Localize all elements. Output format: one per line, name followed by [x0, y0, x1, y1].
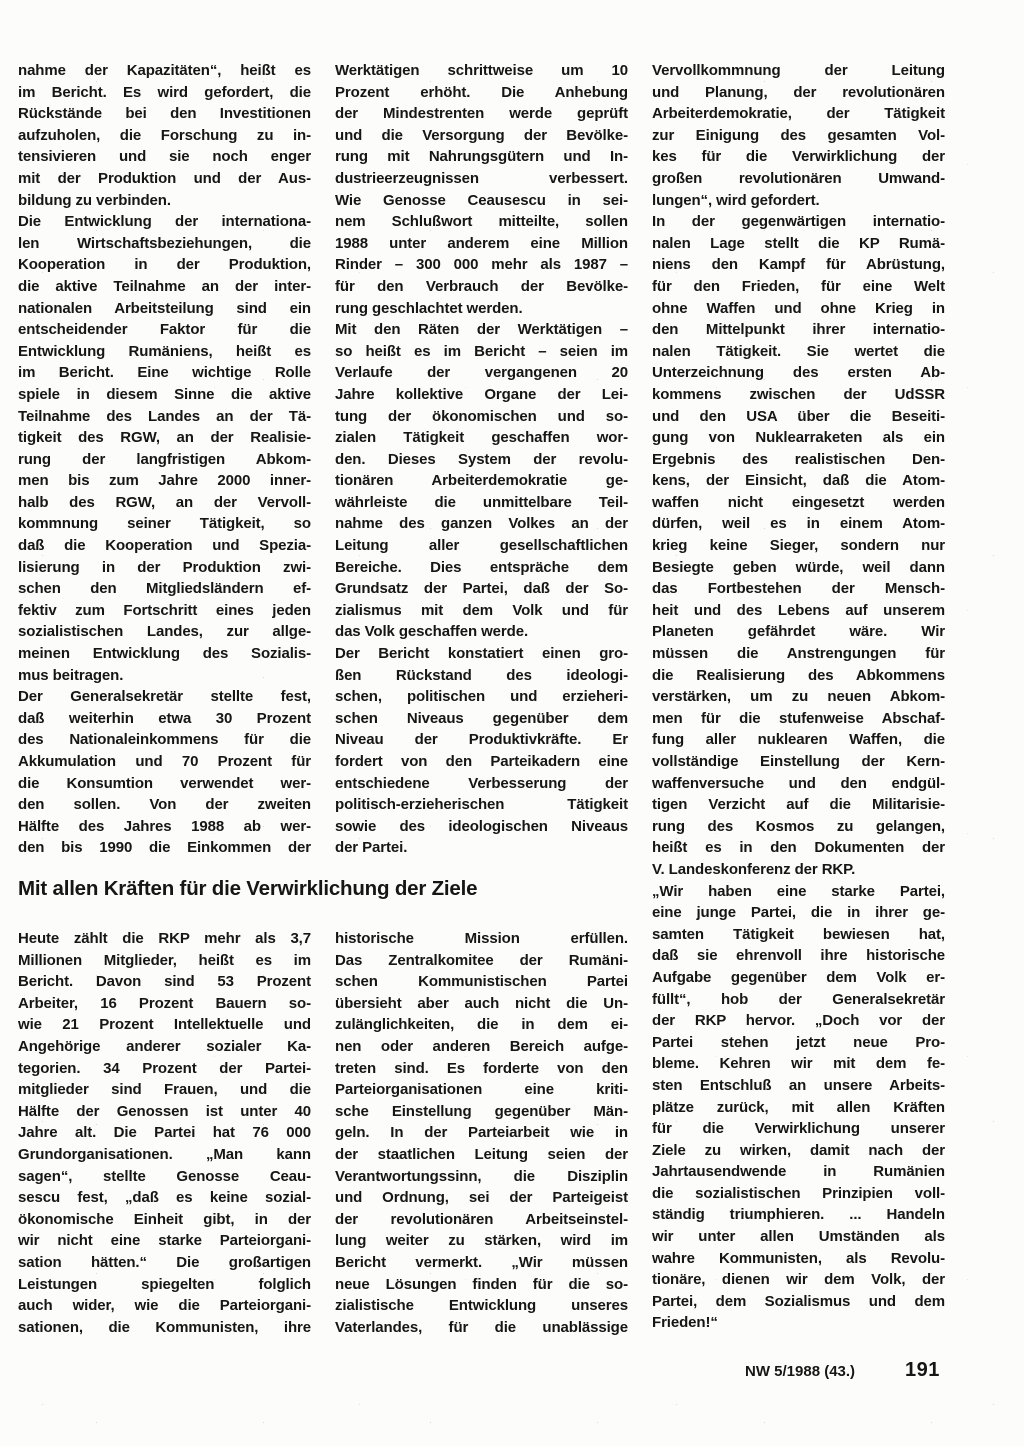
- text-line: historische Mission erfüllen.: [335, 928, 628, 950]
- text-line: der Partei.: [335, 837, 628, 859]
- text-line: Wie Genosse Ceausescu in sei-: [335, 190, 628, 212]
- text-line: so heißt es im Bericht – seien im: [335, 341, 628, 363]
- text-line: für die Verwirklichung unserer: [652, 1118, 945, 1140]
- text-line: Arbeiterdemokratie, der Tätigkeit: [652, 103, 945, 125]
- text-line: zialen Tätigkeit geschaffen wor-: [335, 427, 628, 449]
- text-line: treten sind. Es forderte von den: [335, 1058, 628, 1080]
- text-line: kommnung seiner Tätigkeit, so: [18, 513, 311, 535]
- text-line: füllt“, hob der Generalsekretär: [652, 989, 945, 1011]
- text-line: sowie des ideologischen Niveaus: [335, 816, 628, 838]
- text-line: wahre Kommunisten, als Revolu-: [652, 1248, 945, 1270]
- text-line: die Konsumtion verwendet wer-: [18, 773, 311, 795]
- text-line: neue Lösungen finden für die so-: [335, 1274, 628, 1296]
- text-line: samten Tätigkeit bewiesen hat,: [652, 924, 945, 946]
- text-line: schen, politischen und erzieheri-: [335, 686, 628, 708]
- text-line: schen Niveaus gegenüber dem: [335, 708, 628, 730]
- text-line: men bis zum Jahre 2000 inner-: [18, 470, 311, 492]
- text-line: tung der ökonomischen und so-: [335, 406, 628, 428]
- text-line: tionären Arbeiterdemokratie ge-: [335, 470, 628, 492]
- text-line: Rinder – 300 000 mehr als 1987 –: [335, 254, 628, 276]
- page-number: 191: [905, 1359, 940, 1382]
- text-line: Grundorganisationen. „Man kann: [18, 1144, 311, 1166]
- text-line: tegorien. 34 Prozent der Partei-: [18, 1058, 311, 1080]
- text-line: ohne Waffen und ohne Krieg in: [652, 298, 945, 320]
- text-line: 1988 unter anderem eine Million: [335, 233, 628, 255]
- text-line: Aufgabe gegenüber dem Volk er-: [652, 967, 945, 989]
- text-line: tigkeit des RGW, an der Realisie-: [18, 427, 311, 449]
- text-line: heißt es in den Dokumenten der: [652, 837, 945, 859]
- text-line: men für die stufenweise Abschaf-: [652, 708, 945, 730]
- text-line: Heute zählt die RKP mehr als 3,7: [18, 928, 311, 950]
- text-line: nalen Tätigkeit. Sie wertet die: [652, 341, 945, 363]
- text-line: die Realisierung des Abkommens: [652, 665, 945, 687]
- text-line: kes für die Verwirklichung der: [652, 146, 945, 168]
- text-line: sche Einstellung gegenüber Män-: [335, 1101, 628, 1123]
- text-line: dürfen, weil es in einem Atom-: [652, 513, 945, 535]
- text-line: tensivieren und sie noch enger: [18, 146, 311, 168]
- text-line: den sollen. Von der zweiten: [18, 794, 311, 816]
- text-line: tigen Verzicht auf die Militarisie-: [652, 794, 945, 816]
- text-line: gung von Nuklearraketen als ein: [652, 427, 945, 449]
- text-line: Jahre alt. Die Partei hat 76 000: [18, 1122, 311, 1144]
- text-line: Werktätigen schrittweise um 10: [335, 60, 628, 82]
- text-line: und die Versorgung der Bevölke-: [335, 125, 628, 147]
- text-line: und den USA über die Beseiti-: [652, 406, 945, 428]
- text-line: V. Landeskonferenz der RKP.: [652, 859, 945, 881]
- text-line: Teilnahme des Landes an der Tä-: [18, 406, 311, 428]
- text-line: ßen Rückstand des ideologi-: [335, 665, 628, 687]
- text-line: kommens zwischen der UdSSR: [652, 384, 945, 406]
- text-line: len Wirtschaftsbeziehungen, die: [18, 233, 311, 255]
- text-line: Ergebnis des realistischen Den-: [652, 449, 945, 471]
- text-line: Vaterlandes, für die unablässige: [335, 1317, 628, 1339]
- text-line: eine junge Partei, die in ihrer ge-: [652, 902, 945, 924]
- text-line: sation hätten.“ Die großartigen: [18, 1252, 311, 1274]
- text-line: lisierung in der Produktion zwi-: [18, 557, 311, 579]
- text-line: Partei stehen jetzt neue Pro-: [652, 1032, 945, 1054]
- text-line: Akkumulation und 70 Prozent für: [18, 751, 311, 773]
- text-line: Ziele zu wirken, damit nach der: [652, 1140, 945, 1162]
- text-line: fordert von den Parteikadern eine: [335, 751, 628, 773]
- text-line: halb des RGW, an der Vervoll-: [18, 492, 311, 514]
- text-line: rung geschlachtet werden.: [335, 298, 628, 320]
- text-line: Jahre kollektive Organe der Lei-: [335, 384, 628, 406]
- text-line: daß die Kooperation und Spezia-: [18, 535, 311, 557]
- text-line: Vervollkommnung der Leitung: [652, 60, 945, 82]
- text-line: nahme der Kapazitäten“, heißt es: [18, 60, 311, 82]
- text-line: der Mindestrenten werde geprüft: [335, 103, 628, 125]
- text-line: die sozialistischen Prinzipien voll-: [652, 1183, 945, 1205]
- text-line: wir unter allen Umständen als: [652, 1226, 945, 1248]
- text-line: heit und des Lebens auf unserem: [652, 600, 945, 622]
- text-line: Die Entwicklung der internationa-: [18, 211, 311, 233]
- text-line: großen revolutionären Umwand-: [652, 168, 945, 190]
- text-line: fektiv zum Fortschritt eines jeden: [18, 600, 311, 622]
- text-line: politisch-erzieherischen Tätigkeit: [335, 794, 628, 816]
- text-line: lungen“, wird gefordert.: [652, 190, 945, 212]
- text-line: müssen die Anstrengungen für: [652, 643, 945, 665]
- text-line: für den Verbrauch der Bevölke-: [335, 276, 628, 298]
- text-line: daß sie ehrenvoll ihre historische: [652, 945, 945, 967]
- text-line: daß weiterhin etwa 30 Prozent: [18, 708, 311, 730]
- text-line: Verlaufe der vergangenen 20: [335, 362, 628, 384]
- text-line: nationalen Arbeitsteilung sind ein: [18, 298, 311, 320]
- section-heading: Mit allen Kräften für die Verwirklichung…: [18, 876, 628, 902]
- text-line: währleiste die unmittelbare Teil-: [335, 492, 628, 514]
- text-line: Partei, dem Sozialismus und dem: [652, 1291, 945, 1313]
- text-line: bleme. Kehren wir mit dem fe-: [652, 1053, 945, 1075]
- article-column-top-left: nahme der Kapazitäten“, heißt esim Beric…: [18, 60, 311, 859]
- text-line: sozialistischen Landes, zur allge-: [18, 621, 311, 643]
- text-line: übersieht aber auch nicht die Un-: [335, 993, 628, 1015]
- text-line: Prozent erhöht. Die Anhebung: [335, 82, 628, 104]
- text-line: zialismus mit dem Volk und für: [335, 600, 628, 622]
- text-line: Millionen Mitglieder, heißt es im: [18, 950, 311, 972]
- text-line: Das Zentralkomitee der Rumäni-: [335, 950, 628, 972]
- text-line: Besiegte geben würde, weil dann: [652, 557, 945, 579]
- text-line: der staatlichen Leitung seien der: [335, 1144, 628, 1166]
- text-line: entscheidender Faktor für die: [18, 319, 311, 341]
- article-column-top-middle: Werktätigen schrittweise um 10Prozent er…: [335, 60, 628, 859]
- article-column-right: Vervollkommnung der Leitungund Planung, …: [652, 60, 945, 1334]
- text-line: vollständige Einstellung der Kern-: [652, 751, 945, 773]
- text-line: Der Bericht konstatiert einen gro-: [335, 643, 628, 665]
- text-line: rung der langfristigen Abkom-: [18, 449, 311, 471]
- text-line: tionäre, dienen wir dem Volk, der: [652, 1269, 945, 1291]
- text-line: waffenversuche und den endgül-: [652, 773, 945, 795]
- text-line: der RKP hervor. „Doch vor der: [652, 1010, 945, 1032]
- text-line: Der Generalsekretär stellte fest,: [18, 686, 311, 708]
- text-line: schen Kommunistischen Partei: [335, 971, 628, 993]
- text-line: des Nationaleinkommens für die: [18, 729, 311, 751]
- text-line: Kooperation in der Produktion,: [18, 254, 311, 276]
- article-column-bottom-middle: historische Mission erfüllen.Das Zentral…: [335, 928, 628, 1338]
- text-line: und Ordnung, sei der Parteigeist: [335, 1187, 628, 1209]
- text-line: auch wider, wie die Parteiorgani-: [18, 1295, 311, 1317]
- text-line: Verantwortungssinn, die Disziplin: [335, 1166, 628, 1188]
- text-line: für den Frieden, für eine Welt: [652, 276, 945, 298]
- text-line: meinen Entwicklung des Sozialis-: [18, 643, 311, 665]
- text-line: im Bericht. Es wird gefordert, die: [18, 82, 311, 104]
- text-line: entschiedene Verbesserung der: [335, 773, 628, 795]
- text-line: Hälfte des Jahres 1988 ab wer-: [18, 816, 311, 838]
- text-line: zulänglichkeiten, die in dem ei-: [335, 1014, 628, 1036]
- text-line: plätze zurück, mit allen Kräften: [652, 1097, 945, 1119]
- text-line: verstärken, um zu neuen Abkom-: [652, 686, 945, 708]
- text-line: ständig triumphieren. ... Handeln: [652, 1204, 945, 1226]
- text-line: lung weiter zu stärken, wird im: [335, 1230, 628, 1252]
- text-line: mitglieder sind Frauen, und die: [18, 1079, 311, 1101]
- text-line: mus beitragen.: [18, 665, 311, 687]
- text-line: Arbeiter, 16 Prozent Bauern so-: [18, 993, 311, 1015]
- text-line: waffen nicht eingesetzt werden: [652, 492, 945, 514]
- text-line: nahme des ganzen Volkes an der: [335, 513, 628, 535]
- text-line: schen den Mitgliedsländern ef-: [18, 578, 311, 600]
- text-line: zur Einigung des gesamten Vol-: [652, 125, 945, 147]
- text-line: geln. In der Parteiarbeit wie in: [335, 1122, 628, 1144]
- text-line: krieg keine Sieger, sondern nur: [652, 535, 945, 557]
- article-column-bottom-left: Heute zählt die RKP mehr als 3,7Millione…: [18, 928, 311, 1338]
- text-line: im Bericht. Eine wichtige Rolle: [18, 362, 311, 384]
- text-line: den Mittelpunkt ihrer internatio-: [652, 319, 945, 341]
- text-line: Leistungen spiegelten folglich: [18, 1274, 311, 1296]
- text-line: sten Entschluß an unsere Arbeits-: [652, 1075, 945, 1097]
- text-line: spiele in diesem Sinne die aktive: [18, 384, 311, 406]
- text-line: und Planung, der revolutionären: [652, 82, 945, 104]
- text-line: wie 21 Prozent Intellektuelle und: [18, 1014, 311, 1036]
- text-line: Bericht. Davon sind 53 Prozent: [18, 971, 311, 993]
- text-line: rung des Kosmos zu gelangen,: [652, 816, 945, 838]
- text-line: niens den Kampf für Abrüstung,: [652, 254, 945, 276]
- text-line: kens, der Einsicht, daß die Atom-: [652, 470, 945, 492]
- text-line: Mit den Räten der Werktätigen –: [335, 319, 628, 341]
- text-line: Parteiorganisationen eine kriti-: [335, 1079, 628, 1101]
- text-line: sationen, die Kommunisten, ihre: [18, 1317, 311, 1339]
- text-line: wir nicht eine starke Parteiorgani-: [18, 1230, 311, 1252]
- text-line: aufzuholen, die Forschung zu in-: [18, 125, 311, 147]
- text-line: Hälfte der Genossen ist unter 40: [18, 1101, 311, 1123]
- text-line: bildung zu verbinden.: [18, 190, 311, 212]
- text-line: sescu fest, „daß es keine sozial-: [18, 1187, 311, 1209]
- text-line: rung mit Nahrungsgütern und In-: [335, 146, 628, 168]
- text-line: Bereiche. Dies entspräche dem: [335, 557, 628, 579]
- scanned-magazine-page: { "page": { "heading": "Mit allen Kräfte…: [0, 0, 1024, 1446]
- text-line: den. Dieses System der revolu-: [335, 449, 628, 471]
- text-line: ökonomische Einheit gibt, in der: [18, 1209, 311, 1231]
- text-line: nem Schlußwort mitteilte, sollen: [335, 211, 628, 233]
- text-line: nalen Lage stellt die KP Rumä-: [652, 233, 945, 255]
- text-line: Niveau der Produktivkräfte. Er: [335, 729, 628, 751]
- text-line: dustrieerzeugnissen verbessert.: [335, 168, 628, 190]
- text-line: „Wir haben eine starke Partei,: [652, 881, 945, 903]
- text-line: mit der Produktion und der Aus-: [18, 168, 311, 190]
- text-line: Jahrtausendwende in Rumänien: [652, 1161, 945, 1183]
- text-line: nen oder anderen Bereich aufge-: [335, 1036, 628, 1058]
- text-line: zialistische Entwicklung unseres: [335, 1295, 628, 1317]
- text-line: der revolutionären Arbeitseinstel-: [335, 1209, 628, 1231]
- text-line: Entwicklung Rumäniens, heißt es: [18, 341, 311, 363]
- text-line: Unterzeichnung des ersten Ab-: [652, 362, 945, 384]
- text-line: das Fortbestehen der Mensch-: [652, 578, 945, 600]
- text-line: Rückstände bei den Investitionen: [18, 103, 311, 125]
- text-line: Angehörige anderer sozialer Ka-: [18, 1036, 311, 1058]
- text-line: Leitung aller gesellschaftlichen: [335, 535, 628, 557]
- text-line: Grundsatz der Partei, daß der So-: [335, 578, 628, 600]
- text-line: sagen“, stellte Genosse Ceau-: [18, 1166, 311, 1188]
- text-line: fung aller nuklearen Waffen, die: [652, 729, 945, 751]
- text-line: den bis 1990 die Einkommen der: [18, 837, 311, 859]
- text-line: das Volk geschaffen werde.: [335, 621, 628, 643]
- text-line: Planeten gefährdet wäre. Wir: [652, 621, 945, 643]
- journal-issue-label: NW 5/1988 (43.): [745, 1363, 855, 1380]
- text-line: Bericht vermerkt. „Wir müssen: [335, 1252, 628, 1274]
- text-line: Frieden!“: [652, 1312, 945, 1334]
- text-line: In der gegenwärtigen internatio-: [652, 211, 945, 233]
- text-line: die aktive Teilnahme an der inter-: [18, 276, 311, 298]
